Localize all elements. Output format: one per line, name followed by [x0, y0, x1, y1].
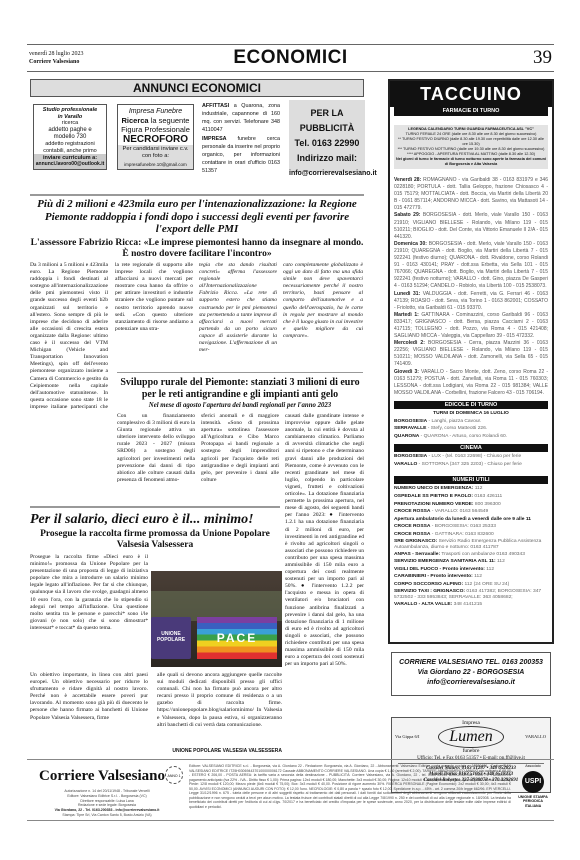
cinema-item: BORGOSESIA - LUX - (tel. 0163 22698) - C…	[394, 453, 548, 461]
cinema-text: - LUX - (tel. 0163 22698) - Chiuso per f…	[427, 454, 521, 459]
taccuino-box: TACCUINO FARMACIE DI TURNO LEGENDA CALEN…	[388, 79, 554, 644]
article1-col4: cato completamente globalizzato è oggi u…	[283, 262, 363, 340]
edicole-title: EDICOLE DI TURNO	[394, 401, 548, 409]
studio-role-1: addetto paghe e modello 730	[34, 127, 106, 141]
lumen-city: VARALLO	[525, 734, 546, 739]
studio-contact-label: inviare curriculum a:	[34, 155, 106, 162]
uspi-label: Associato	[516, 764, 550, 769]
footer-info-line: Stampa: Tipre Srl, Via Canton Santo 5, B…	[32, 813, 182, 818]
footer-logo: Corriere Valsesiano	[39, 768, 165, 785]
contact-phone: CORRIERE VALSESIANO TEL. 0163 200353	[392, 658, 550, 668]
numero-item: CARABINIERI - Pronto intervento: 112	[394, 573, 548, 581]
divider	[30, 506, 280, 508]
footer-info: Autorizzazione n. 14 del 20/11/1948 - Tr…	[32, 789, 182, 818]
pub-phone: Tel. 0163 22990	[289, 136, 365, 151]
legend-line: ** TURNO FESTIVO DIURNO (dalle 8.30 alle…	[396, 137, 546, 147]
numero-value: 0163 426111	[473, 494, 502, 499]
funebre-ricerca: Ricerca	[122, 116, 149, 125]
numero-key: SERVIZIO TAXI : GRIGNASCO:	[394, 589, 465, 594]
legend-line: Nei giorni di turno le farmacie di turno…	[396, 157, 546, 167]
turno-day: Martedì 1:	[394, 312, 419, 318]
ad-impresa-cerca: IMPRESA funebre cerca personale da inser…	[202, 135, 280, 175]
edicola-item: QUARONA - QUARONA - Artuso, corso Roland…	[394, 433, 548, 441]
taccuino-title: TACCUINO	[390, 81, 552, 107]
flag-unione-popolare: UNIONE POPOLARE	[151, 617, 191, 659]
annunci-title: ANNUNCI ECONOMICI	[30, 79, 364, 97]
edicola-text: - Langhi, piazza Cavour.	[427, 419, 481, 424]
edicola-place: BORGOSESIA	[394, 419, 427, 424]
numero-value: Trasporti con ambulanze 0163 490343	[440, 552, 525, 557]
studio-location: in Varallo	[34, 114, 106, 121]
article3-subtitle: Prosegue la raccolta firme promossa da U…	[30, 529, 280, 551]
numero-value: 112	[473, 486, 482, 491]
numero-key: VIGILI DEL FUOCO - Pronto intervento:	[394, 567, 485, 572]
turno-item: Giovedì 3: VARALLO - Sacro Monte, dott. …	[394, 369, 548, 397]
article3-col2: Un obiettivo importante, in linea con al…	[30, 672, 148, 722]
numero-item: OSPEDALE SS PIETRO E PAOLO: 0163 426111	[394, 493, 548, 501]
edicola-text: - Stefy, corso Matteotti 226.	[426, 426, 487, 431]
funebre-seguente: la seguente	[149, 116, 190, 125]
article2-col1: Con un finanziamento complessivo di 3 mi…	[117, 413, 195, 484]
numero-key: VARALLO - ALTA VALLE:	[394, 602, 452, 607]
edicola-item: BORGOSESIA - Langhi, piazza Cavour.	[394, 418, 548, 426]
turno-item: Domenica 30: BORGOSESIA - dott. Merlo, v…	[394, 241, 548, 291]
funebre-figura: Figura Professionale	[118, 125, 193, 134]
cinema-title: CINEMA	[394, 444, 548, 452]
numero-key: NUMERO UNICO DI EMERGENZA:	[394, 486, 473, 491]
turno-day: Venerdì 28:	[394, 177, 421, 183]
ad-studio-professionale: Studio professionale in Varallo ricerca …	[33, 104, 107, 170]
pub-title: PER LA PUBBLICITÀ	[289, 106, 365, 136]
farmacie-legend: LEGENDA CALENDARIO TURNI GUARDIA FARMACE…	[394, 125, 548, 169]
ad-affittasi: AFFITTASI a Quarona, zona industriale, c…	[202, 102, 280, 134]
numero-item: SERVIZIO TAXI : GRIGNASCO: 0163 417382; …	[394, 589, 548, 601]
turno-text: BORGOSESIA - dott. Merlo, viale Varallo …	[394, 241, 548, 290]
corriere-contact-box: CORRIERE VALSESIANO TEL. 0163 200353 Via…	[391, 652, 551, 696]
numero-item: SRE GRIGNASCO: Servizio Radio Emergenza …	[394, 539, 548, 551]
numero-value: 112	[485, 567, 494, 572]
article3-col1: Prosegue la raccolta firme «Dieci euro è…	[30, 554, 148, 672]
article1-title: Più di 2 milioni e 423mila euro per l'in…	[30, 198, 364, 236]
funebre-title: Impresa Funebre	[118, 105, 193, 116]
numero-value: - VARALLO: 0163 564549	[430, 509, 488, 514]
footer-legal: Editore: VALSESIANO EDITRICE s.r.l. - Bo…	[189, 764, 511, 809]
lumen-bottom: funebre	[392, 748, 550, 754]
numero-key: SRE GRIGNASCO:	[394, 539, 437, 544]
numero-value: 112	[496, 559, 505, 564]
studio-email[interactable]: annunci.lavoro00@outlook.it	[34, 161, 106, 168]
article3-title: Per il salario, dieci euro è il... minim…	[30, 512, 282, 528]
funebre-contact-label: Per candidarsi inviare c.v. con foto a:	[122, 146, 189, 161]
edicole-subtitle: TURNI DI DOMENICA 16 LUGLIO	[394, 410, 548, 418]
turno-day: Domenica 30:	[394, 241, 427, 247]
numero-item: VIGILI DEL FUOCO - Pronto intervento: 11…	[394, 566, 548, 574]
edicola-place: QUARONA	[394, 434, 419, 439]
numero-value: 800 396300	[474, 502, 501, 507]
farmacie-title: FARMACIE DI TURNO	[394, 107, 548, 116]
numero-item: SERVIZIO EMERGENZA SANITARIA ASL 11: 112	[394, 558, 548, 566]
numero-key: CROCE ROSSA	[394, 509, 430, 514]
numero-key: SERVIZIO EMERGENZA SANITARIA ASL 11:	[394, 559, 496, 564]
turno-day: Mercoledì 2:	[394, 340, 425, 346]
numero-item: VARALLO - ALTA VALLE: 348 4141215	[394, 601, 548, 609]
turno-day: Giovedì 3:	[394, 369, 419, 375]
numero-value: - GATTINARA: 0163 832600	[430, 532, 493, 537]
lumen-logo: Lumen	[438, 726, 504, 748]
numero-item: CROCE ROSSA - BORGOSESIA: 0163 25333	[394, 523, 548, 531]
numero-item: NUMERO UNICO DI EMERGENZA: 112	[394, 485, 548, 493]
page-footer: Corriere Valsesiano ANNO 1 Autorizzazion…	[27, 759, 554, 821]
ad-impresa-funebre: Impresa Funebre Ricerca la seguente Figu…	[117, 104, 194, 170]
newspaper-page: venerdì 28 luglio 2023 Corriere Valsesia…	[27, 44, 554, 829]
article1-col2: la rete regionale di supporto alle impre…	[115, 262, 193, 333]
cinema-place: BORGOSESIA	[394, 454, 427, 459]
turno-item: Sabato 29: BORGOSESIA - dott. Merlo, via…	[394, 212, 548, 240]
numeri-title: NUMERI UTILI	[394, 476, 548, 484]
numero-key: OSPEDALE SS PIETRO E PAOLO:	[394, 494, 473, 499]
studio-contact: inviare curriculum a: annunci.lavoro00@o…	[34, 154, 106, 169]
article2-title: Sviluppo rurale del Piemonte: stanziati …	[117, 377, 363, 400]
turno-day: Lunedì 31:	[394, 291, 420, 297]
numero-item: ANPAS - Serravalle: Trasporti con ambula…	[394, 551, 548, 559]
lumen-top: Impresa	[392, 718, 550, 726]
edicola-item: SERRAVALLE - Stefy, corso Matteotti 226.	[394, 425, 548, 433]
article1-col1: Da 3 milioni a 5 milioni e 423mila euro.…	[30, 262, 108, 410]
numero-item: PRENOTAZIONI NUMERO VERDE: 800 396300	[394, 501, 548, 509]
contact-email[interactable]: info@corrierevalsesiano.it	[392, 678, 550, 688]
contact-address: Via Giordano 22 - BORGOSESIA	[392, 668, 550, 678]
footer-uspi: Associato USPI UNIONE STAMPA PERIODICA I…	[516, 764, 550, 808]
turno-item: Lunedì 31: VALDUGGIA - dott. Ferretti, v…	[394, 291, 548, 312]
numeri-list: NUMERO UNICO DI EMERGENZA: 112 OSPEDALE …	[390, 485, 552, 608]
section-title: ECONOMICI	[27, 47, 554, 69]
article3-signature: UNIONE POPOLARE VALSESIA VALSESSERA	[157, 748, 282, 754]
cinema-item: VARALLO - SOTTORNA (347 325 2203) - Chiu…	[394, 461, 548, 469]
numero-value: - BORGOSESIA: 0163 25333	[430, 524, 496, 529]
turno-day: Sabato 29:	[394, 212, 420, 218]
lumen-address: Via Gippa 6/I	[395, 734, 419, 739]
numero-item: CROCE ROSSA - VARALLO: 0163 564549	[394, 508, 548, 516]
studio-title: Studio professionale	[34, 105, 106, 114]
divider	[117, 372, 363, 373]
article2-col2: sferici anomali e di maggiore intensità.…	[201, 413, 279, 484]
turno-item: Martedì 1: GATTINARA - Cominazzini, cors…	[394, 312, 548, 340]
article1-col3: tegia che sta dando risultati concreti» …	[199, 262, 277, 354]
article3-photo: UNIONE POPOLARE PACE	[151, 571, 282, 667]
numero-key: CORPO SOCCORSO ALPINO:	[394, 582, 463, 587]
article2-subtitle: Nel mese di agosto l'apertura dei bandi …	[117, 401, 363, 410]
numero-key: ANPAS - Serravalle:	[394, 552, 440, 557]
cinema-text: - SOTTORNA (347 325 2203) - Chiuso per f…	[417, 462, 522, 467]
affittasi-key: AFFITTASI	[202, 103, 229, 109]
page-header: venerdì 28 luglio 2023 Corriere Valsesia…	[27, 44, 554, 72]
turno-item: Venerdì 28: ROMAGNANO - via Garibaldi 38…	[394, 177, 548, 212]
divider	[30, 194, 364, 196]
numero-value: 112	[473, 574, 482, 579]
cinema-place: VARALLO	[394, 462, 417, 467]
numero-item: Apertura ambulatorio da lunedì a venerdì…	[394, 516, 548, 524]
flag-pace: PACE	[197, 617, 277, 659]
numero-key: CROCE ROSSA	[394, 524, 430, 529]
numero-key: PRENOTAZIONI NUMERO VERDE:	[394, 502, 474, 507]
funebre-contact: Per candidarsi inviare c.v. con foto a: …	[118, 145, 193, 170]
footer-badge: ANNO 1	[165, 766, 183, 784]
numero-key: CROCE ROSSA	[394, 532, 430, 537]
edicola-text: - QUARONA - Artuso, corso Rolandi 60.	[419, 434, 507, 439]
edicola-place: SERRAVALLE	[394, 426, 426, 431]
numero-value: 348 4141215	[452, 602, 482, 607]
ad-pubblicita: PER LA PUBBLICITÀ Tel. 0163 22990 Indiri…	[289, 100, 365, 172]
article3-col3: alle quali si devono ancora aggiungere q…	[157, 672, 282, 729]
farmacie-list: Venerdì 28: ROMAGNANO - via Garibaldi 38…	[394, 177, 548, 397]
pub-mail-label: Indirizzo mail:	[289, 151, 365, 166]
studio-ricerca: ricerca	[34, 120, 106, 127]
numero-key: CARABINIERI - Pronto intervento:	[394, 574, 473, 579]
numero-key: Apertura ambulatorio da lunedì a venerdì…	[394, 517, 531, 522]
numero-value: 112 (24 ORE SU 24)	[463, 582, 509, 587]
numero-item: CORPO SOCCORSO ALPINO: 112 (24 ORE SU 24…	[394, 581, 548, 589]
numero-item: CROCE ROSSA - GATTINARA: 0163 832600	[394, 531, 548, 539]
impresa-key: IMPRESA	[202, 136, 227, 142]
article2-col3: causati dalle grandinate intense e impro…	[285, 413, 364, 753]
pub-email[interactable]: info@corrierevalsesiano.it	[289, 166, 365, 181]
funebre-email[interactable]: impresafunebre.10@gmail.com	[122, 161, 189, 169]
article1-subtitle: L'assessore Fabrizio Ricca: «Le imprese …	[30, 238, 364, 260]
uspi-logo: USPI	[522, 771, 544, 793]
turno-item: Mercoledì 2: BORGOSESIA - Cerra, piazza …	[394, 340, 548, 368]
page-number: 39	[533, 47, 552, 69]
uspi-subtitle: UNIONE STAMPA PERIODICA ITALIANA	[516, 795, 550, 809]
